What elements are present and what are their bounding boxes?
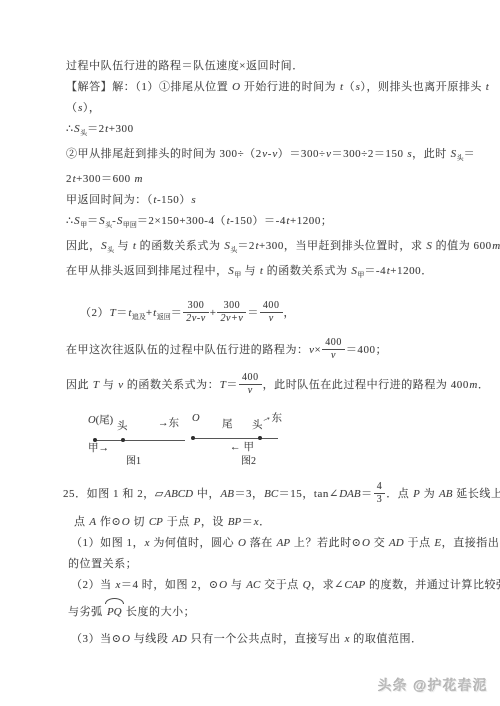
arc-over-text: PQ	[106, 602, 123, 623]
text-line: 因此，S头 与 t 的函数关系式为 S头＝2t+300，当甲赶到排头位置时，求 …	[66, 236, 496, 261]
fig2-head-dot	[258, 436, 262, 440]
text-line: ∴S头＝2t+300	[66, 119, 496, 144]
text-line: 过程中队伍行进的路程＝队伍速度×返回时间．	[66, 56, 496, 77]
text-line: 25．如图 1 和 2，▱ABCD 中，AB＝3，BC＝15，tan∠DAB＝4…	[63, 477, 496, 512]
problem-text: 25．如图 1 和 2，▱ABCD 中，AB＝3，BC＝15，tan∠DAB＝4…	[66, 477, 496, 650]
text-line: 因此 T 与 v 的函数关系式为：T＝400v，此时队伍在此过程中行进的路程为 …	[66, 368, 496, 403]
fig1-east-arrow: →东	[158, 418, 179, 429]
document-page: 过程中队伍行进的路程＝队伍速度×返回时间．【解答】解：（1）①排尾从位置 O 开…	[66, 56, 496, 650]
fig2-walker-label: ←甲	[230, 442, 254, 453]
fig1-head-label: 头	[117, 421, 128, 432]
text-line: 在甲从排头返回到排尾过程中，S甲 与 t 的函数关系式为 S甲＝-4t+1200…	[66, 261, 496, 286]
text-line: 的位置关系；	[68, 554, 496, 575]
text-line: ∴S甲＝S头-S甲回＝2×150+300-4（t-150）＝-4t+1200；	[66, 211, 496, 236]
fig1-origin-dot	[93, 438, 97, 442]
text-line: （1）如图 1，x 为何值时，圆心 O 落在 AP 上？若此时⊙O 交 AD 于…	[71, 533, 496, 554]
text-line: （2）T＝t追及+t返回＝3002v-v+3002v+v＝400v，	[80, 296, 496, 333]
walker-arrow-icon: ←	[230, 442, 241, 453]
fraction: 3002v+v	[217, 300, 246, 325]
fig2-caption: 图2	[241, 456, 256, 467]
text-line: 与劣弧 PQ 长度的大小；	[68, 602, 496, 623]
fig2-origin-label: O	[192, 413, 200, 424]
fraction: 3002v-v	[183, 300, 208, 325]
text-line: 点 A 作⊙O 切 CP 于点 P，设 BP＝x．	[74, 512, 496, 533]
fig1-caption: 图1	[126, 456, 141, 467]
east-arrow-icon: →	[158, 418, 169, 429]
text-line: 2t+300＝600 m	[66, 169, 496, 190]
fig1-origin-label: O(尾)	[88, 415, 113, 426]
fraction: 400v	[239, 372, 262, 397]
text-line: （3）当⊙O 与线段 AD 只有一个公共点时，直接写出 x 的取值范围．	[71, 629, 496, 650]
fraction: 400v	[260, 300, 283, 325]
fraction: 43	[374, 481, 386, 506]
fig2-origin-dot	[191, 436, 195, 440]
text-line: （s），	[66, 98, 496, 119]
text-line: 甲返回时间为：（t-150）s	[66, 190, 496, 211]
text-line: ②甲从排尾赶到排头的时间为 300÷（2v-v）＝300÷v＝300÷2＝150…	[66, 144, 496, 169]
fraction: 400v	[322, 337, 345, 362]
watermark: 头条 @护花春泥	[378, 674, 488, 694]
number-line-diagrams: O(尾) 头 →东 甲→ 图1 O 尾 头 →东 ←甲 图2	[78, 412, 388, 468]
fig2-line	[193, 438, 278, 439]
text-line: 【解答】解：（1）①排尾从位置 O 开始行进的时间为 t（s），则排头也离开原排…	[66, 77, 496, 98]
fig1-line	[95, 440, 185, 441]
solution-text: 过程中队伍行进的路程＝队伍速度×返回时间．【解答】解：（1）①排尾从位置 O 开…	[66, 56, 496, 403]
text-line: 在甲这次往返队伍的过程中队伍行进的路程为：v×400v＝400；	[66, 333, 496, 368]
fig2-tail-label: 尾	[222, 419, 233, 430]
walker-arrow-icon: →	[99, 443, 110, 454]
fig2-east-arrow: →东	[261, 413, 282, 424]
text-line: （2）当 x＝4 时，如图 2，⊙O 与 AC 交于点 Q，求∠CAP 的度数，…	[71, 575, 496, 596]
fig1-walker-label: 甲→	[88, 443, 109, 454]
fig1-head-dot	[121, 438, 125, 442]
